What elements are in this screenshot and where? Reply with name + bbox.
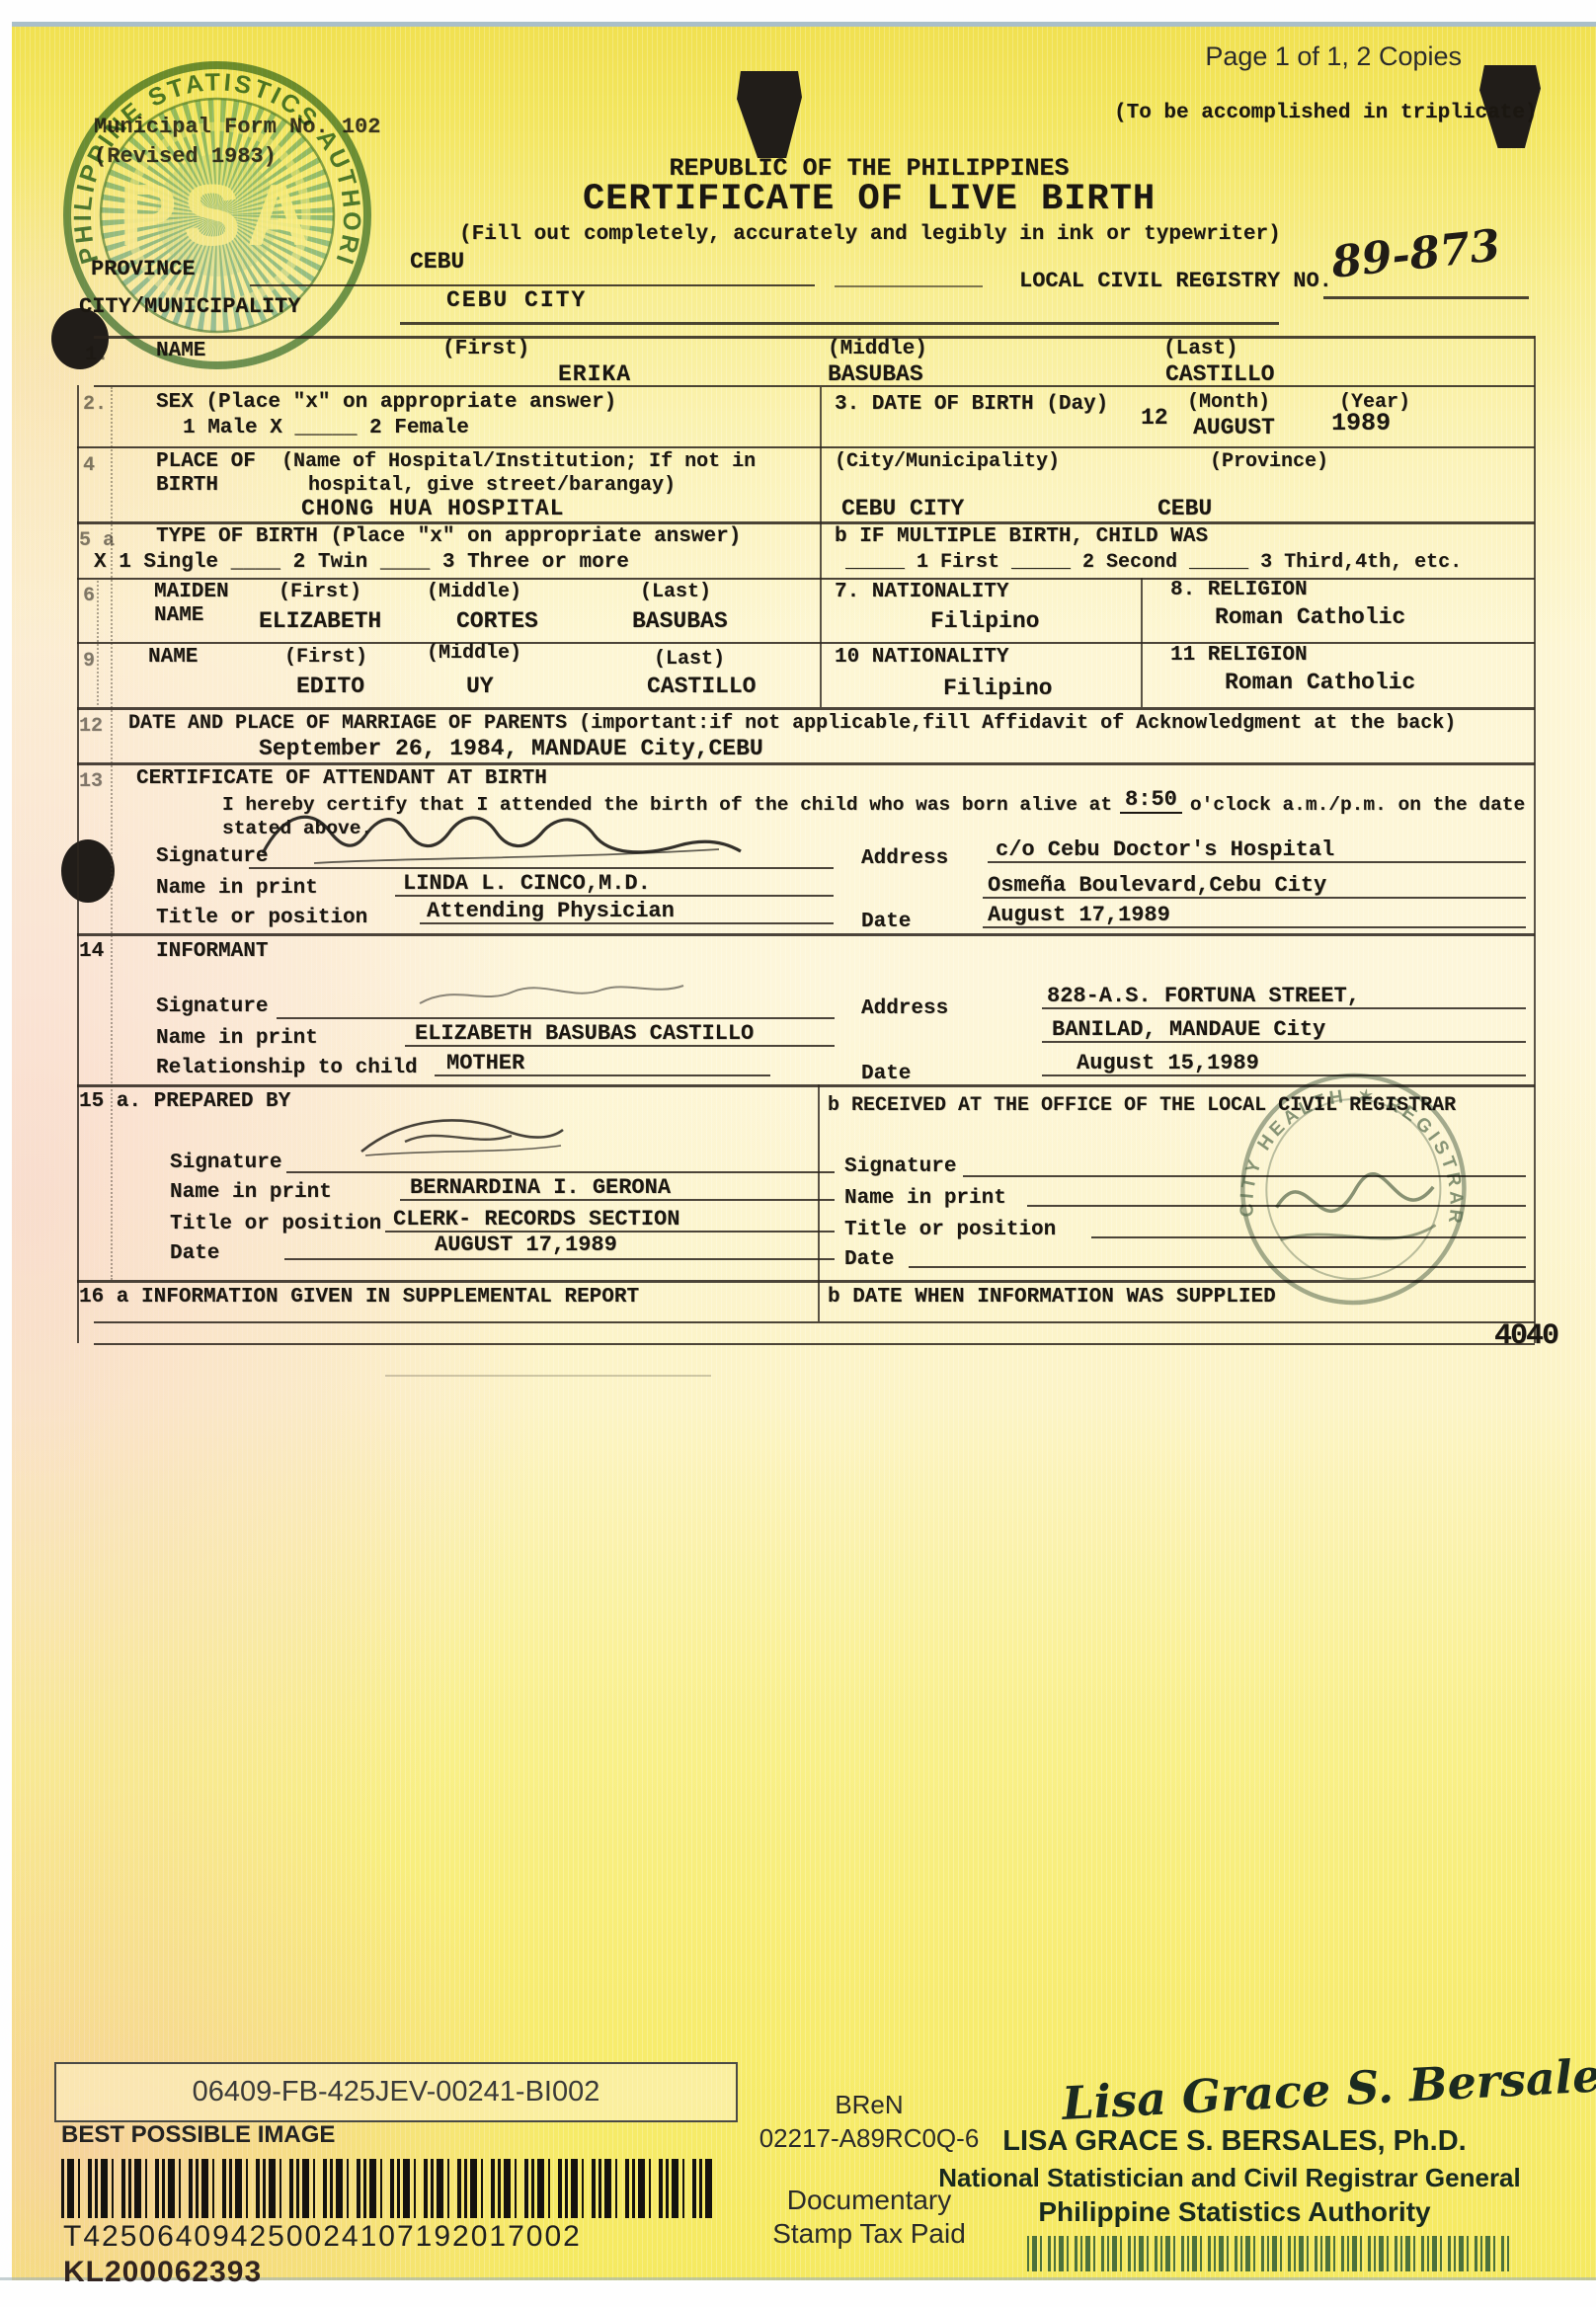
corner-control-mark: 4040: [1494, 1319, 1557, 1353]
informant-address-value-1: 828-A.S. FORTUNA STREET,: [1047, 984, 1360, 1008]
lcr-line: [1323, 296, 1529, 299]
signatory-org: Philippine Statistics Authority: [928, 2196, 1541, 2228]
child-last-name: CASTILLO: [1165, 361, 1274, 387]
cell-divider: [818, 1084, 820, 1280]
table-right-border: [1534, 336, 1536, 1343]
row-number-1: 1.: [85, 344, 109, 366]
informant-address-line-1: [1042, 1007, 1526, 1009]
father-first-name: EDITO: [296, 674, 364, 699]
attendant-title-label: Title or position: [156, 907, 367, 929]
supplemental-label-b: b DATE WHEN INFORMATION WAS SUPPLIED: [828, 1286, 1276, 1309]
document-subtitle: (Fill out completely, accurately and leg…: [459, 223, 1279, 246]
attendant-address-line-2: [983, 897, 1526, 899]
prepared-signature-line: [286, 1171, 835, 1173]
cert-text-2: o'clock a.m./p.m. on the date: [1190, 794, 1525, 816]
form-number: Municipal Form No. 102: [94, 115, 380, 139]
middle-label: (Middle): [828, 338, 927, 360]
marriage-value: September 26, 1984, MANDAUE City,CEBU: [259, 736, 763, 761]
page-info: Page 1 of 1, 2 Copies: [1136, 41, 1462, 72]
attendant-date-value: August 17,1989: [988, 903, 1170, 927]
received-signature-label: Signature: [844, 1155, 956, 1178]
father-name-label: NAME: [148, 646, 198, 669]
mother-nationality-label: 7. NATIONALITY: [835, 581, 1008, 603]
province-line-2: [835, 285, 983, 287]
dob-month-label: (Month): [1187, 391, 1270, 414]
mother-label-1: MAIDEN: [154, 581, 229, 603]
father-nationality-value: Filipino: [943, 676, 1052, 701]
kl-number: KL200062393: [63, 2256, 262, 2289]
psa-seal: PHILIPPINE STATISTICS AUTHORITY PSA: [57, 55, 377, 375]
province-value: CEBU: [410, 249, 464, 275]
attendant-date-label: Date: [861, 911, 911, 933]
mother-religion-value: Roman Catholic: [1215, 604, 1405, 630]
father-first-label: (First): [284, 646, 367, 669]
registrar-general-signature: Lisa Grace S. Bersales: [1061, 2047, 1596, 2130]
birthplace-province-value: CEBU: [1157, 496, 1212, 521]
dob-label: 3. DATE OF BIRTH (Day): [835, 393, 1108, 416]
row-number-14: 14: [79, 940, 104, 963]
prepared-signature-label: Signature: [170, 1152, 281, 1174]
ink-blob-top-center: [737, 71, 802, 158]
scan-edge-top: [0, 0, 1596, 22]
mother-religion-label: 8. RELIGION: [1170, 579, 1308, 601]
row-line: [77, 762, 1535, 765]
attendant-title-value: Attending Physician: [427, 899, 675, 923]
row-number-13: 13: [79, 770, 103, 793]
row-number-6: 6: [83, 585, 95, 607]
hospital-value: CHONG HUA HOSPITAL: [301, 496, 564, 521]
received-title-label: Title or position: [844, 1219, 1056, 1241]
security-barcode: [1027, 2236, 1511, 2271]
signatory-name: LISA GRACE S. BERSALES, Ph.D.: [928, 2125, 1541, 2158]
parents-brace-rule: [97, 581, 99, 705]
father-religion-value: Roman Catholic: [1225, 670, 1415, 695]
birthplace-city-label: (City/Municipality): [835, 450, 1060, 473]
informant-address-label: Address: [861, 997, 948, 1020]
row-number-5a: 5 a: [79, 529, 115, 552]
informant-address-line-2: [1042, 1041, 1526, 1043]
attendant-address-line-1: [988, 861, 1526, 863]
row-line: [77, 446, 1535, 448]
child-first-name: ERIKA: [558, 361, 631, 387]
scan-edge-left: [0, 0, 12, 2307]
row-line: [94, 1321, 1535, 1323]
document-title: CERTIFICATE OF LIVE BIRTH: [548, 179, 1190, 220]
father-middle-label: (Middle): [427, 642, 521, 665]
birth-time-value: 8:50: [1120, 787, 1182, 814]
reference-box: 06409-FB-425JEV-00241-BI002: [54, 2062, 738, 2122]
gutter-rule: [111, 387, 113, 1280]
table-border: [94, 336, 1535, 339]
province-line: [250, 284, 815, 286]
multiple-birth-options: _____ 1 First _____ 2 Second _____ 3 Thi…: [845, 551, 1462, 574]
row-number-9: 9: [83, 650, 95, 673]
city-label: CITY/MUNICIPALITY: [79, 294, 300, 319]
birthplace-hint-2: hospital, give street/barangay): [308, 474, 676, 497]
informant-name-value: ELIZABETH BASUBAS CASTILLO: [415, 1021, 754, 1046]
informant-relationship-value: MOTHER: [446, 1051, 524, 1075]
mother-first-label: (First): [279, 581, 361, 603]
prepared-title-label: Title or position: [170, 1213, 381, 1235]
lcr-label: LOCAL CIVIL REGISTRY NO.: [1019, 269, 1332, 293]
prepared-signature-scrawl: [356, 1112, 568, 1166]
prepared-date-line: [284, 1258, 835, 1260]
informant-address-value-2: BANILAD, MANDAUE City: [1052, 1017, 1325, 1042]
last-label: (Last): [1163, 338, 1238, 360]
row-number-12: 12: [79, 715, 103, 738]
dob-month-value: AUGUST: [1193, 415, 1275, 440]
row-line: [77, 521, 1535, 524]
mother-last-name: BASUBAS: [632, 608, 728, 634]
child-name-label: NAME: [156, 340, 205, 362]
informant-relationship-label: Relationship to child: [156, 1057, 418, 1079]
dob-day-value: 12: [1141, 405, 1168, 431]
first-label: (First): [442, 338, 529, 360]
informant-name-line: [405, 1045, 835, 1047]
cell-divider: [820, 578, 822, 707]
attendant-address-label: Address: [861, 847, 948, 870]
row-number-4: 4: [83, 454, 95, 477]
signatory-title: National Statistician and Civil Registra…: [894, 2163, 1565, 2193]
smudge-mark: [385, 1375, 711, 1377]
ink-blob-left-2: [61, 839, 115, 903]
mother-nationality-value: Filipino: [930, 608, 1039, 634]
prepared-date-value: AUGUST 17,1989: [435, 1233, 617, 1257]
best-possible-image-label: BEST POSSIBLE IMAGE: [61, 2121, 335, 2149]
informant-relationship-line: [435, 1074, 770, 1076]
received-date-label: Date: [844, 1248, 894, 1271]
province-label: PROVINCE: [91, 257, 196, 281]
attendant-title-line: [420, 922, 834, 924]
attendant-date-line: [983, 926, 1526, 928]
informant-section-label: INFORMANT: [156, 940, 268, 963]
birthplace-label-2: BIRTH: [156, 474, 218, 497]
prepared-name-line: [400, 1199, 835, 1201]
city-value: CEBU CITY: [446, 287, 587, 313]
sex-label: SEX (Place "x" on appropriate answer): [156, 391, 616, 414]
cell-divider: [820, 446, 822, 521]
row-line: [77, 642, 1535, 644]
attendant-name-line: [395, 895, 834, 897]
row-line: [94, 385, 1535, 387]
row-number-2: 2.: [83, 393, 107, 416]
row-line: [77, 707, 1535, 710]
mother-middle-label: (Middle): [427, 581, 521, 603]
scan-edge-line: [0, 22, 1596, 27]
child-middle-name: BASUBAS: [828, 361, 923, 387]
mother-last-label: (Last): [640, 581, 711, 603]
birthplace-label-1: PLACE OF: [156, 450, 256, 473]
informant-signature-label: Signature: [156, 995, 268, 1018]
supplemental-label-a: 16 a INFORMATION GIVEN IN SUPPLEMENTAL R…: [79, 1286, 639, 1309]
father-last-name: CASTILLO: [647, 674, 756, 699]
mother-first-name: ELIZABETH: [259, 608, 381, 634]
prepared-date-label: Date: [170, 1242, 219, 1265]
reference-code: 06409-FB-425JEV-00241-BI002: [193, 2076, 600, 2108]
attendant-address-value-2: Osmeña Boulevard,Cebu City: [988, 873, 1326, 898]
attendant-name-label: Name in print: [156, 877, 318, 900]
prepared-name-value: BERNARDINA I. GERONA: [410, 1175, 671, 1200]
father-nationality-label: 10 NATIONALITY: [835, 646, 1008, 669]
dob-year-value: 1989: [1331, 409, 1391, 438]
prepared-name-label: Name in print: [170, 1181, 332, 1204]
city-line: [400, 322, 1279, 325]
scanned-birth-certificate: Page 1 of 1, 2 Copies PHILIPPINE STATIST…: [0, 0, 1596, 2307]
row-line: [77, 578, 1535, 580]
document-barcode: [61, 2159, 713, 2218]
birthplace-province-label: (Province): [1210, 450, 1328, 473]
mother-middle-name: CORTES: [456, 608, 538, 634]
attendant-address-value-1: c/o Cebu Doctor's Hospital: [996, 837, 1334, 862]
cell-divider: [818, 1280, 820, 1321]
seal-abbr: PSA: [120, 166, 316, 264]
father-last-label: (Last): [654, 648, 725, 671]
father-religion-label: 11 RELIGION: [1170, 644, 1308, 667]
lcr-number-handwritten: 89-873: [1329, 220, 1503, 288]
mother-label-2: NAME: [154, 604, 203, 627]
informant-date-label: Date: [861, 1063, 911, 1085]
received-name-label: Name in print: [844, 1187, 1006, 1210]
type-of-birth-options: X 1 Single ____ 2 Twin ____ 3 Three or m…: [94, 551, 629, 574]
prepared-title-value: CLERK- RECORDS SECTION: [393, 1207, 679, 1232]
triplicate-note: (To be accomplished in triplicate): [1114, 102, 1537, 124]
form-revision: (Revised 1983): [94, 144, 277, 169]
row-line: [77, 933, 1535, 936]
cell-divider: [1141, 578, 1143, 707]
attendant-name-value: LINDA L. CINCO,M.D.: [403, 871, 651, 896]
type-of-birth-label: TYPE OF BIRTH (Place "x" on appropriate …: [156, 525, 741, 548]
prepared-section-label: 15 a. PREPARED BY: [79, 1090, 290, 1113]
row-line: [94, 1343, 1535, 1345]
cell-divider: [820, 387, 822, 446]
attendant-signature-label: Signature: [156, 845, 268, 868]
informant-signature-scrawl: [415, 976, 691, 1020]
cell-divider: [820, 521, 822, 578]
barcode-number: T425064094250024107192017002: [63, 2220, 582, 2254]
sex-options: 1 Male X _____ 2 Female: [183, 417, 469, 439]
multiple-birth-label: b IF MULTIPLE BIRTH, CHILD WAS: [835, 525, 1208, 548]
bren-label: BReN: [736, 2090, 1002, 2120]
informant-name-label: Name in print: [156, 1027, 318, 1050]
informant-date-value: August 15,1989: [1077, 1051, 1259, 1075]
attendant-signature-scrawl: [255, 802, 749, 881]
father-middle-name: UY: [466, 674, 494, 699]
birthplace-city-value: CEBU CITY: [841, 496, 964, 521]
birthplace-hint-1: (Name of Hospital/Institution; If not in: [281, 450, 756, 473]
attendant-section-label: CERTIFICATE OF ATTENDANT AT BIRTH: [136, 767, 547, 790]
marriage-label: DATE AND PLACE OF MARRIAGE OF PARENTS (i…: [128, 712, 1456, 735]
